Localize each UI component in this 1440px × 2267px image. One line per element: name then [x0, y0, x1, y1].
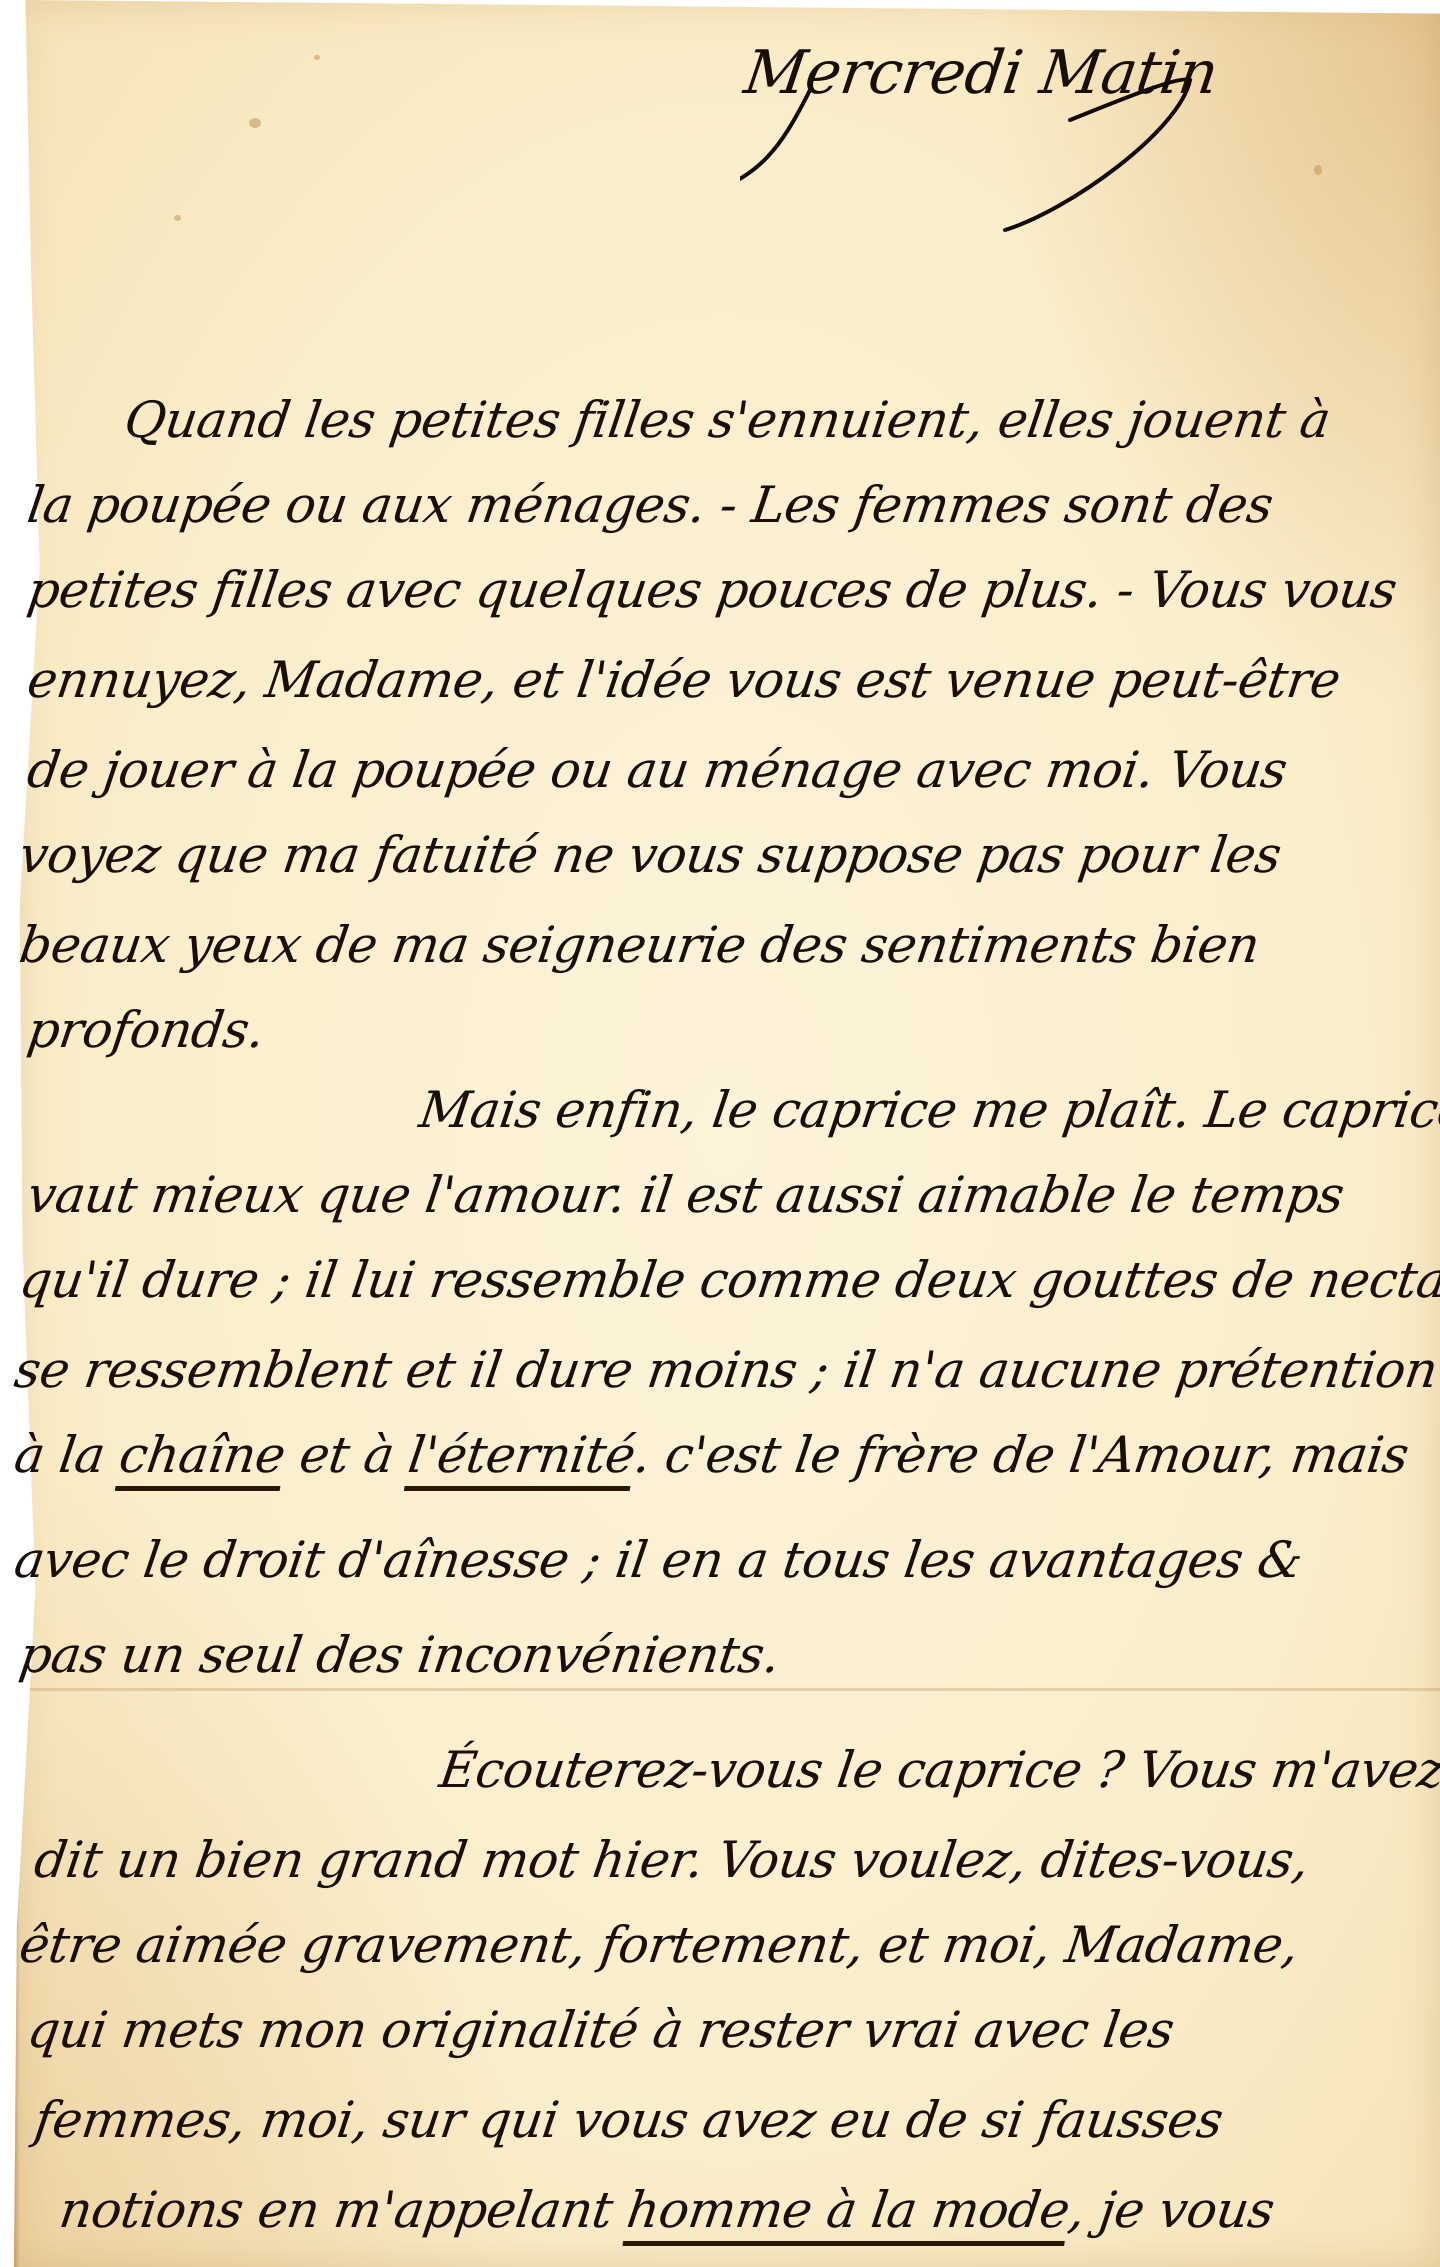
text-segment: notions en m'appelant: [56, 2181, 616, 2239]
letter-line-7: beaux yeux de ma seigneurie des sentimen…: [16, 920, 1262, 970]
letter-line-3: petites filles avec quelques pouces de p…: [24, 565, 1399, 615]
letter-line-20: femmes, moi, sur qui vous avez eu de si …: [31, 2095, 1225, 2145]
letter-line-19: qui mets mon originalité à rester vrai a…: [24, 2005, 1176, 2055]
letter-line-8: profonds.: [24, 1005, 267, 1055]
letter-line-1: Quand les petites filles s'ennuient, ell…: [121, 395, 1333, 445]
letter-line-5: de jouer à la poupée ou au ménage avec m…: [24, 745, 1289, 795]
ink-spot: [174, 215, 181, 221]
underlined-word-chaine: chaîne: [116, 1426, 289, 1484]
text-segment: à la: [11, 1426, 109, 1484]
letter-line-12: se ressemblent et il dure moins ; il n'a…: [11, 1345, 1440, 1395]
letter-line-2: la poupée ou aux ménages. - Les femmes s…: [24, 480, 1275, 530]
heading-flourish: [740, 70, 1340, 250]
letter-line-6: voyez que ma fatuité ne vous suppose pas…: [16, 830, 1284, 880]
underlined-phrase-homme-a-la-mode: homme à la mode: [623, 2181, 1073, 2239]
text-segment: , je vous: [1065, 2181, 1278, 2239]
letter-line-15: pas un seul des inconvénients.: [16, 1630, 782, 1680]
letter-line-21: notions en m'appelant homme à la mode, j…: [56, 2185, 1277, 2235]
letter-line-16: Écouterez-vous le caprice ? Vous m'avez: [436, 1745, 1440, 1795]
letter-line-11: qu'il dure ; il lui ressemble comme deux…: [16, 1255, 1440, 1305]
letter-line-17: dit un bien grand mot hier. Vous voulez,…: [31, 1835, 1311, 1885]
ink-spot: [249, 118, 261, 128]
letter-line-10: vaut mieux que l'amour. il est aussi aim…: [24, 1170, 1346, 1220]
letter-line-4: ennuyez, Madame, et l'idée vous est venu…: [24, 655, 1343, 705]
letter-line-18: être aimée gravement, fortement, et moi,…: [16, 1920, 1301, 1970]
text-segment: et à: [296, 1426, 398, 1484]
letter-line-9: Mais enfin, le caprice me plaît. Le capr…: [416, 1085, 1440, 1135]
letter-line-14: avec le droit d'aînesse ; il en a tous l…: [11, 1535, 1305, 1585]
text-segment: . c'est le frère de l'Amour, mais: [631, 1426, 1412, 1484]
letter-line-13: à la chaîne et à l'éternité. c'est le fr…: [11, 1430, 1411, 1480]
underlined-word-eternite: l'éternité: [405, 1426, 639, 1484]
ink-spot: [314, 55, 320, 60]
